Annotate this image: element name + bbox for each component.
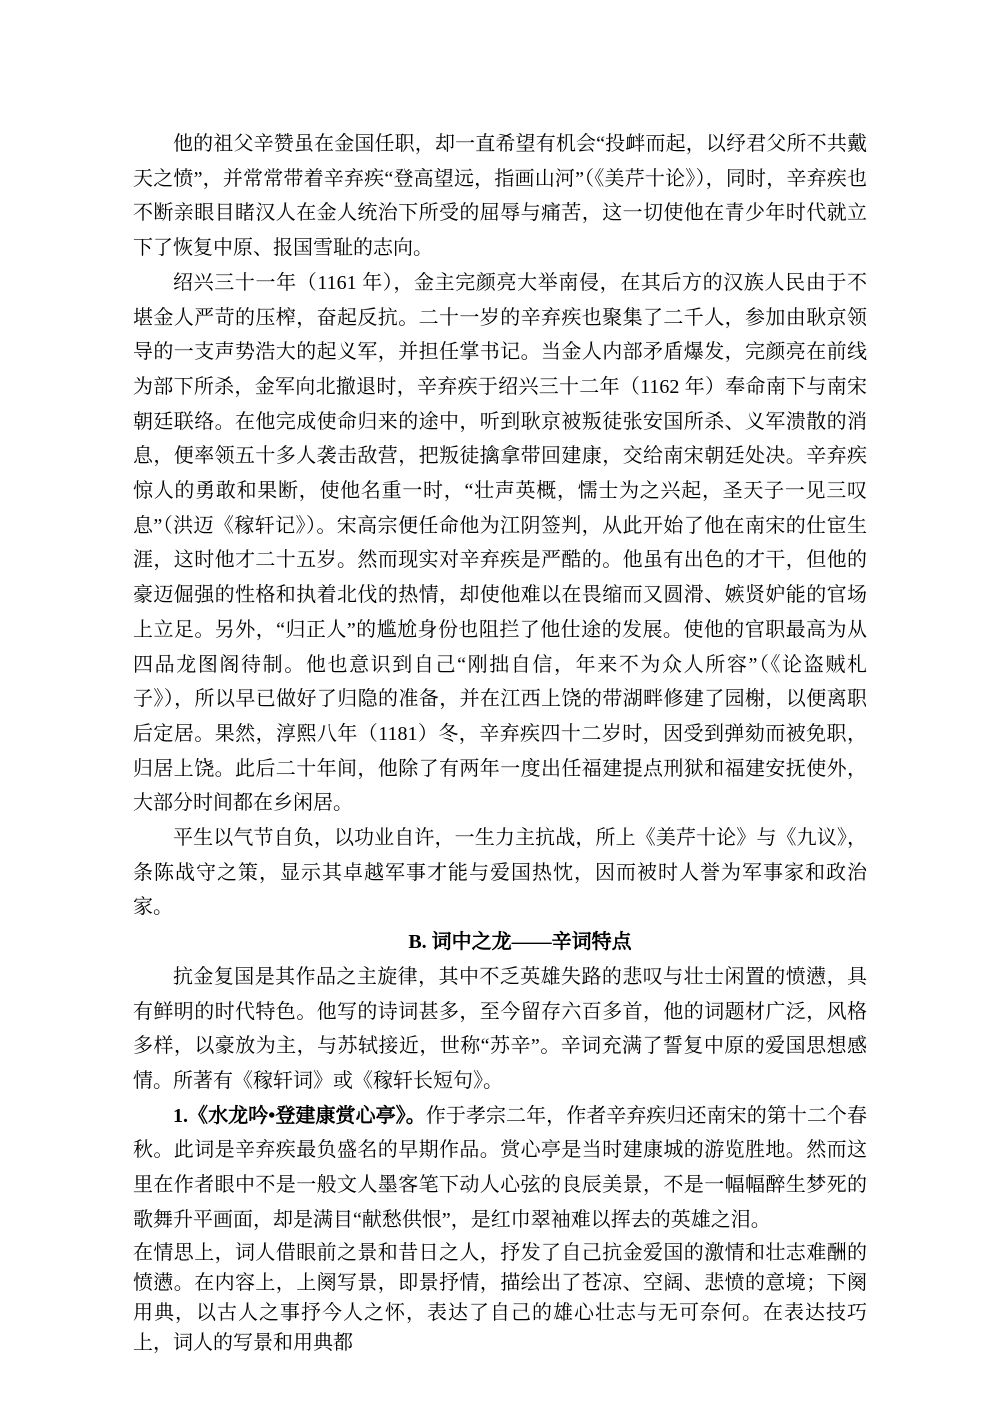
paragraph-uprising-career: 绍兴三十一年（1161 年），金主完颜亮大举南侵，在其后方的汉族人民由于不堪金人…: [133, 266, 867, 821]
paragraph-life-summary: 平生以气节自负，以功业自许，一生力主抗战，所上《美芹十论》与《九议》，条陈战守之…: [133, 821, 867, 925]
paragraph-shuilongyin: 1.《水龙吟•登建康赏心亭》。作于孝宗二年，作者辛弃疾归还南宋的第十二个春秋。此…: [133, 1099, 867, 1238]
paragraph-analysis: 在情思上，词人借眼前之景和昔日之人，抒发了自己抗金爱国的激情和壮志难酬的愤懑。在…: [133, 1238, 867, 1358]
text-block: 他的祖父辛赞虽在金国任职，却一直希望有机会“投衅而起，以纾君父所不共戴天之愤”，…: [133, 127, 867, 1358]
paragraph-grandfather-xinzan: 他的祖父辛赞虽在金国任职，却一直希望有机会“投衅而起，以纾君父所不共戴天之愤”，…: [133, 127, 867, 266]
paragraph-ci-style: 抗金复国是其作品之主旋律，其中不乏英雄失路的悲叹与壮士闲置的愤懑，具有鲜明的时代…: [133, 960, 867, 1099]
document-page: 他的祖父辛赞虽在金国任职，却一直希望有机会“投衅而起，以纾君父所不共戴天之愤”，…: [0, 0, 1000, 1414]
section-heading-ci-characteristics: B. 词中之龙——辛词特点: [133, 925, 867, 960]
work-title-bold: 1.《水龙吟•登建康赏心亭》。: [173, 1105, 426, 1127]
